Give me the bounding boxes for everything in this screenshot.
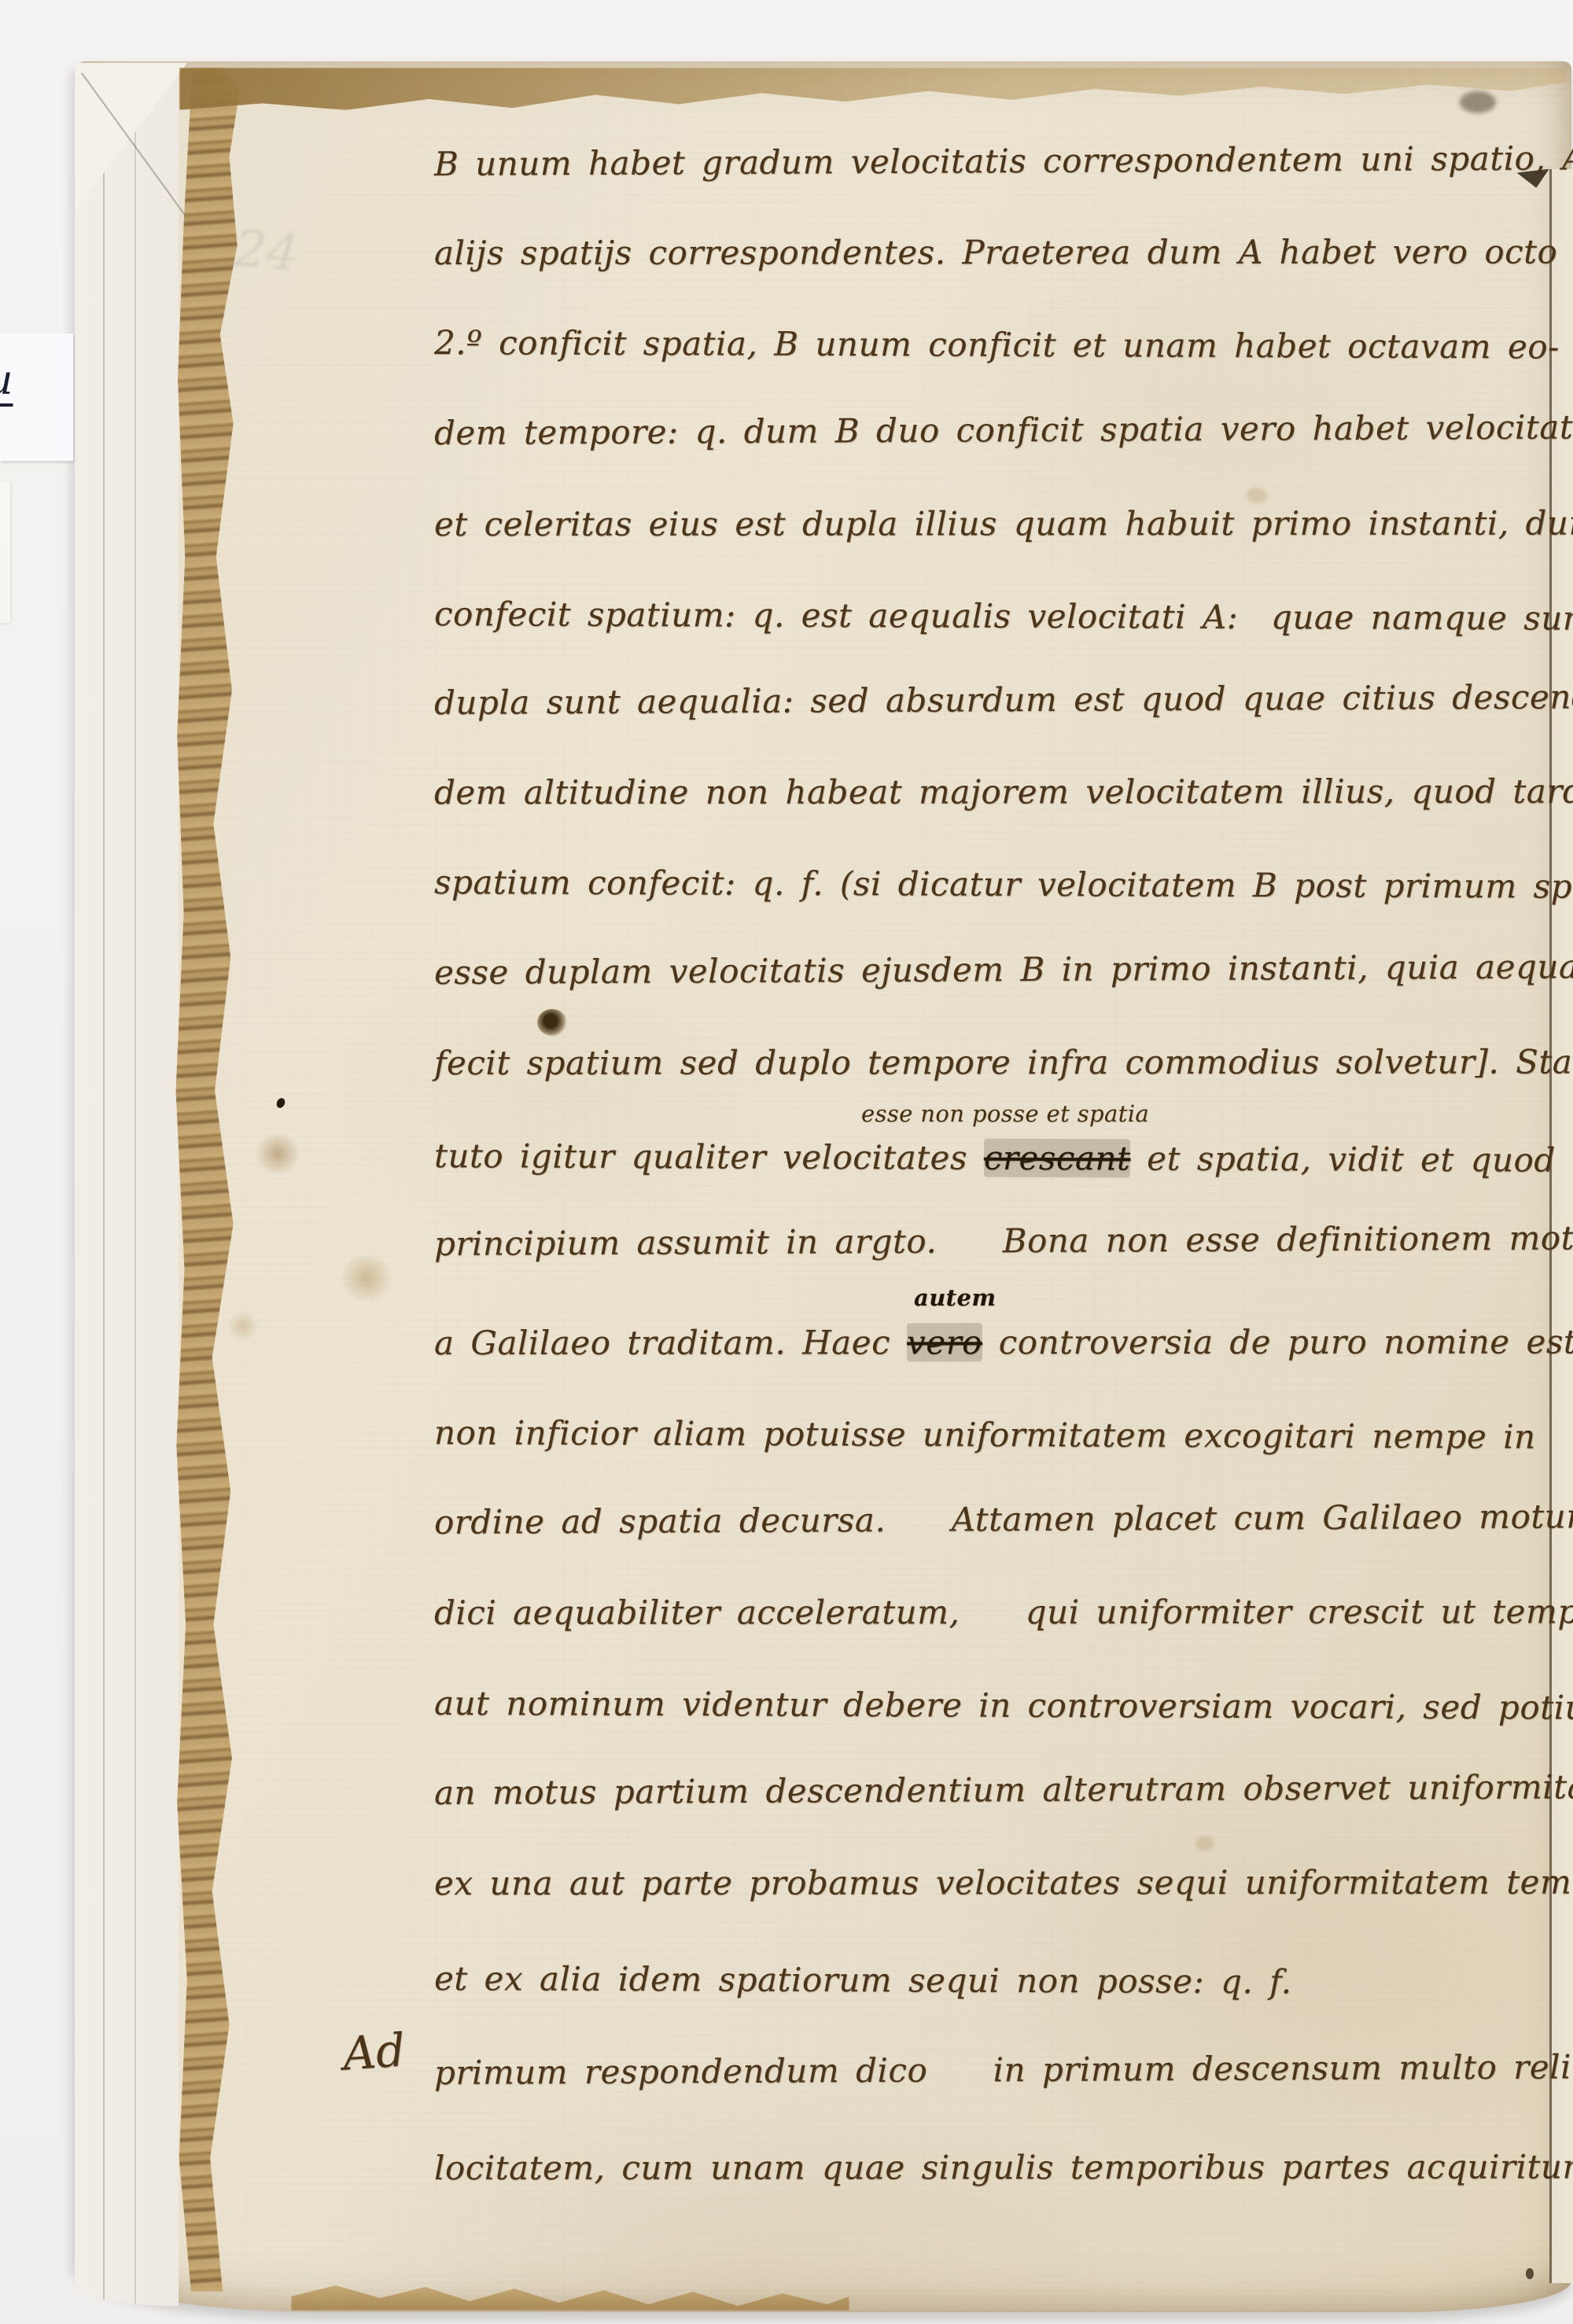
manuscript-line: dici aequabiliter acceleratum, qui unifo… xyxy=(434,1593,1559,1633)
manuscript-line: ordine ad spatia decursa. Attamen placet… xyxy=(434,1498,1559,1542)
manuscript-line-with-correction: a Galilaeo traditam. Haec vero controver… xyxy=(434,1324,1559,1363)
line-segment: tuto igitur qualiter velocitates xyxy=(434,1136,984,1177)
manuscript-line: ex una aut parte probamus velocitates se… xyxy=(434,1864,1559,1903)
manuscript-line: an motus partium descendentium alterutra… xyxy=(434,1769,1559,1813)
margin-note-ad: Ad xyxy=(341,2027,407,2076)
manuscript-line: et celeritas eius est dupla illius quam … xyxy=(434,505,1559,544)
manuscript-line: esse duplam velocitatis ejusdem B in pri… xyxy=(434,948,1559,993)
struck-word: crescant xyxy=(984,1139,1131,1178)
manuscript-line-with-correction: tuto igitur qualiter velocitates crescan… xyxy=(434,1137,1559,1180)
line-segment: controversia de puro nomine est, siquide… xyxy=(982,1322,1573,1361)
manuscript-line: aut nominum videntur debere in controver… xyxy=(434,1685,1559,1727)
manuscript-line: locitatem, cum unam quae singulis tempor… xyxy=(434,2149,1559,2188)
manuscript-line: confecit spatium: q. est aequalis veloci… xyxy=(434,595,1559,638)
manuscript-line: primum respondendum dico in primum desce… xyxy=(434,2049,1559,2093)
struck-word: vero xyxy=(907,1323,982,1361)
manuscript-line: dem altitudine non habeat majorem veloci… xyxy=(434,773,1559,812)
manuscript-line: B unum habet gradum velocitatis correspo… xyxy=(434,140,1559,184)
handwritten-text-layer: B unum habet gradum velocitatis correspo… xyxy=(0,0,1573,2324)
manuscript-line: spatium confecit: q. f. (si dicatur velo… xyxy=(434,864,1559,906)
manuscript-line: 2.º conficit spatia, B unum conficit et … xyxy=(434,324,1559,366)
line-segment: a Galilaeo traditam. Haec xyxy=(434,1323,907,1362)
manuscript-line: fecit spatium sed duplo tempore infra co… xyxy=(434,1044,1559,1083)
manuscript-line: alijs spatijs correspondentes. Praeterea… xyxy=(434,234,1559,273)
manuscript-line: dupla sunt aequalia: sed absurdum est qu… xyxy=(434,679,1559,723)
scan-background: 24 u B unum habet gradum velocitatis cor… xyxy=(0,0,1573,2324)
manuscript-line: principium assumit in argto. Bona non es… xyxy=(434,1220,1559,1264)
manuscript-line: non inficior aliam potuisse uniformitate… xyxy=(434,1414,1559,1457)
interlinear-insertion: esse non posse et spatia xyxy=(861,1103,1149,1125)
line-segment: et spatia, vidit et quod tamquam xyxy=(1130,1139,1573,1180)
interlinear-insertion: autem xyxy=(914,1287,996,1309)
manuscript-line: dem tempore: q. dum B duo conficit spati… xyxy=(434,409,1559,453)
manuscript-line: et ex alia idem spatiorum sequi non poss… xyxy=(434,1960,1559,2002)
